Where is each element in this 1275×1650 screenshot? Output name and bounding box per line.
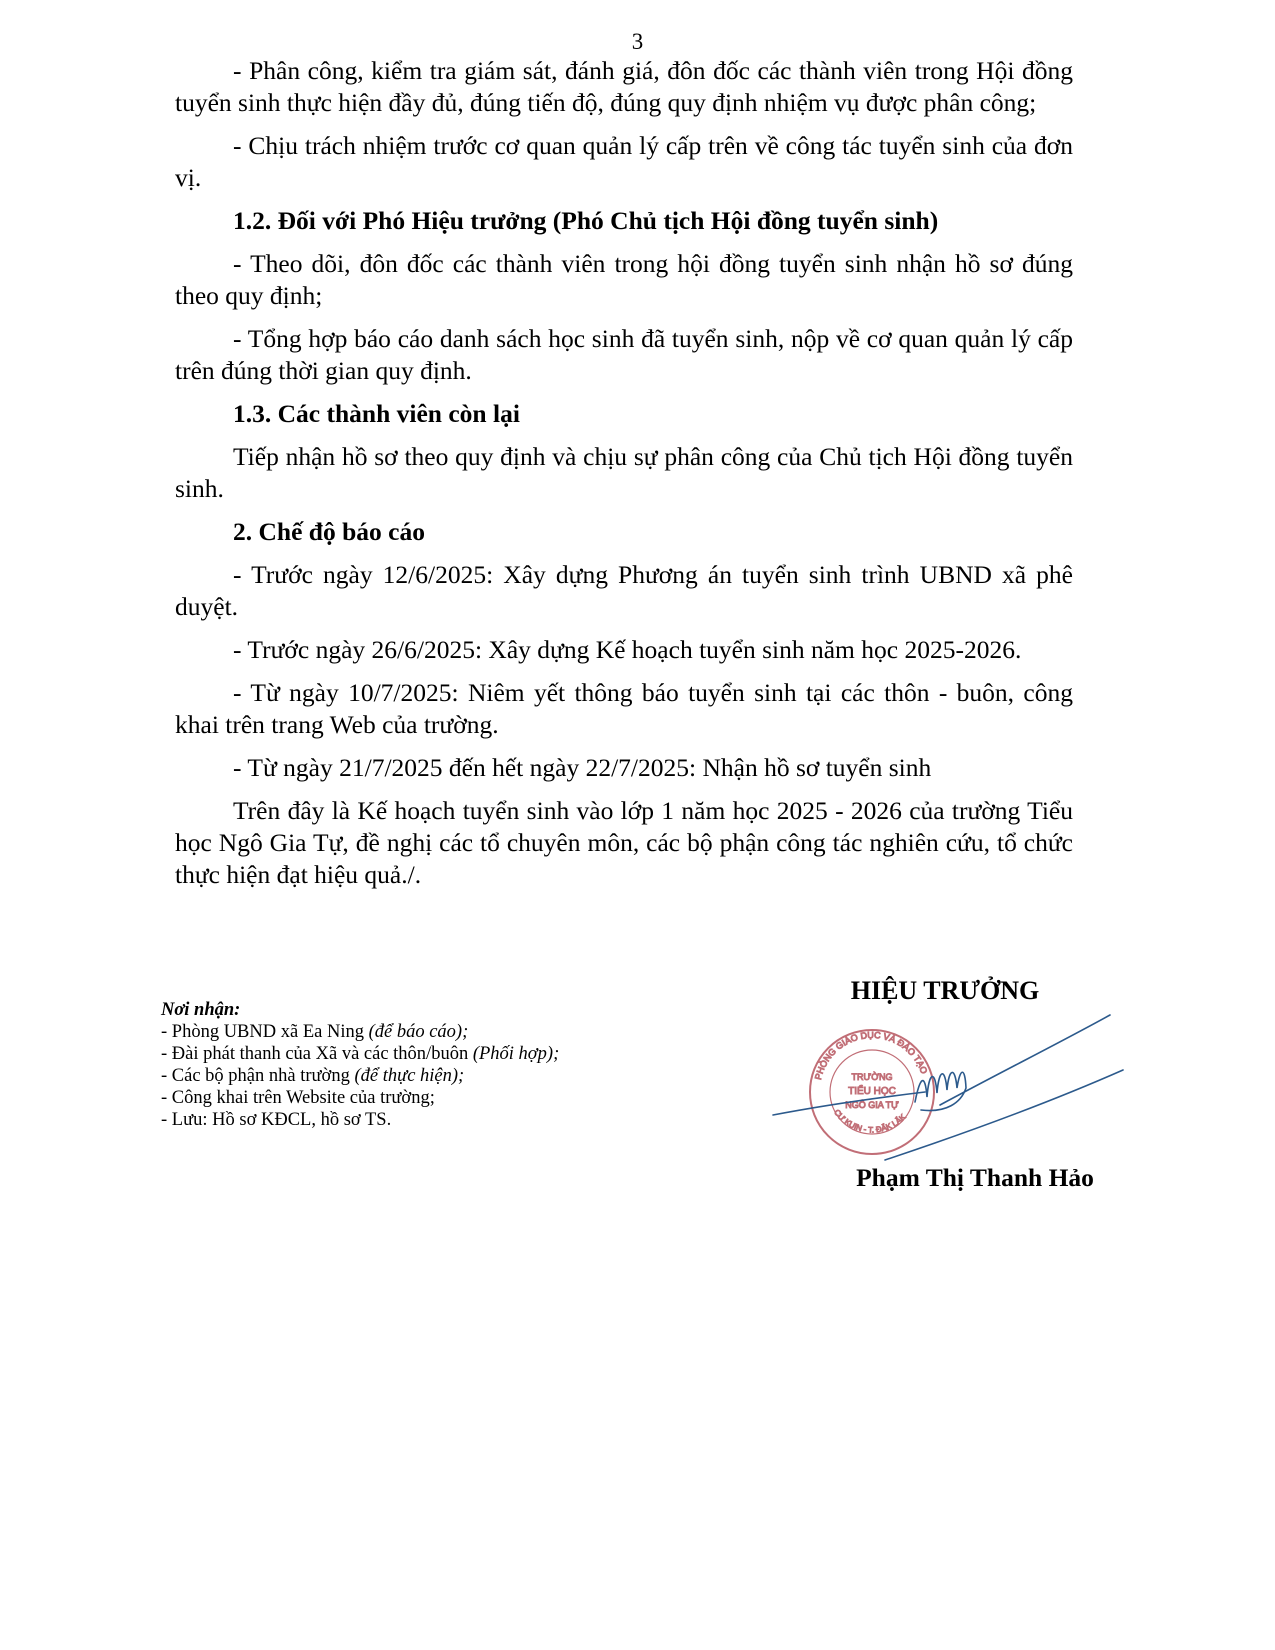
recipients-list: - Phòng UBND xã Ea Ning (để báo cáo);- Đ… xyxy=(161,1021,681,1131)
recipient-note: (để thực hiện); xyxy=(354,1066,464,1086)
recipient-item: - Các bộ phận nhà trường (để thực hiện); xyxy=(161,1065,681,1087)
paragraph: - Trước ngày 26/6/2025: Xây dựng Kế hoạc… xyxy=(175,634,1073,666)
stamp-icon: PHÒNG GIÁO DỤC VÀ ĐÀO TẠO CƯ KUIN - T. Đ… xyxy=(765,1010,1135,1170)
paragraph: - Tổng hợp báo cáo danh sách học sinh đã… xyxy=(175,323,1073,387)
paragraph: - Phân công, kiểm tra giám sát, đánh giá… xyxy=(175,55,1073,119)
paragraph: - Trước ngày 12/6/2025: Xây dựng Phương … xyxy=(175,559,1073,623)
paragraph: Tiếp nhận hồ sơ theo quy định và chịu sự… xyxy=(175,441,1073,505)
section-heading: 2. Chế độ báo cáo xyxy=(175,516,1073,548)
paragraph: - Từ ngày 10/7/2025: Niêm yết thông báo … xyxy=(175,677,1073,741)
paragraph: - Theo dõi, đôn đốc các thành viên trong… xyxy=(175,248,1073,312)
recipient-item: - Lưu: Hồ sơ KĐCL, hồ sơ TS. xyxy=(161,1109,681,1131)
recipient-text: - Phòng UBND xã Ea Ning xyxy=(161,1022,369,1042)
signer-name: Phạm Thị Thanh Hảo xyxy=(800,1162,1150,1194)
signature-title: HIỆU TRƯỞNG xyxy=(760,975,1130,1007)
recipients-title: Nơi nhận: xyxy=(161,999,681,1021)
svg-text:TIỂU HỌC: TIỂU HỌC xyxy=(848,1084,896,1097)
recipient-item: - Đài phát thanh của Xã và các thôn/buôn… xyxy=(161,1043,681,1065)
recipient-note: (để báo cáo); xyxy=(369,1022,469,1042)
stamp-and-signature: PHÒNG GIÁO DỤC VÀ ĐÀO TẠO CƯ KUIN - T. Đ… xyxy=(765,1010,1135,1170)
page-number: 3 xyxy=(0,28,1275,56)
section-heading: 1.2. Đối với Phó Hiệu trưởng (Phó Chủ tị… xyxy=(175,205,1073,237)
paragraph: - Từ ngày 21/7/2025 đến hết ngày 22/7/20… xyxy=(175,752,1073,784)
recipient-text: - Đài phát thanh của Xã và các thôn/buôn xyxy=(161,1044,473,1064)
recipient-text: - Công khai trên Website của trường; xyxy=(161,1088,435,1108)
svg-text:CƯ KUIN - T. ĐẮK LẮK: CƯ KUIN - T. ĐẮK LẮK xyxy=(832,1108,908,1135)
paragraph: Trên đây là Kế hoạch tuyển sinh vào lớp … xyxy=(175,795,1073,891)
section-heading: 1.3. Các thành viên còn lại xyxy=(175,398,1073,430)
recipient-item: - Phòng UBND xã Ea Ning (để báo cáo); xyxy=(161,1021,681,1043)
recipient-text: - Các bộ phận nhà trường xyxy=(161,1066,354,1086)
svg-text:TRƯỜNG: TRƯỜNG xyxy=(852,1072,893,1082)
paragraph: - Chịu trách nhiệm trước cơ quan quản lý… xyxy=(175,130,1073,194)
recipient-text: - Lưu: Hồ sơ KĐCL, hồ sơ TS. xyxy=(161,1110,391,1130)
recipient-note: (Phối hợp); xyxy=(473,1044,559,1064)
recipient-item: - Công khai trên Website của trường; xyxy=(161,1087,681,1109)
document-body: - Phân công, kiểm tra giám sát, đánh giá… xyxy=(175,55,1073,902)
recipients-block: Nơi nhận: - Phòng UBND xã Ea Ning (để bá… xyxy=(161,999,681,1131)
